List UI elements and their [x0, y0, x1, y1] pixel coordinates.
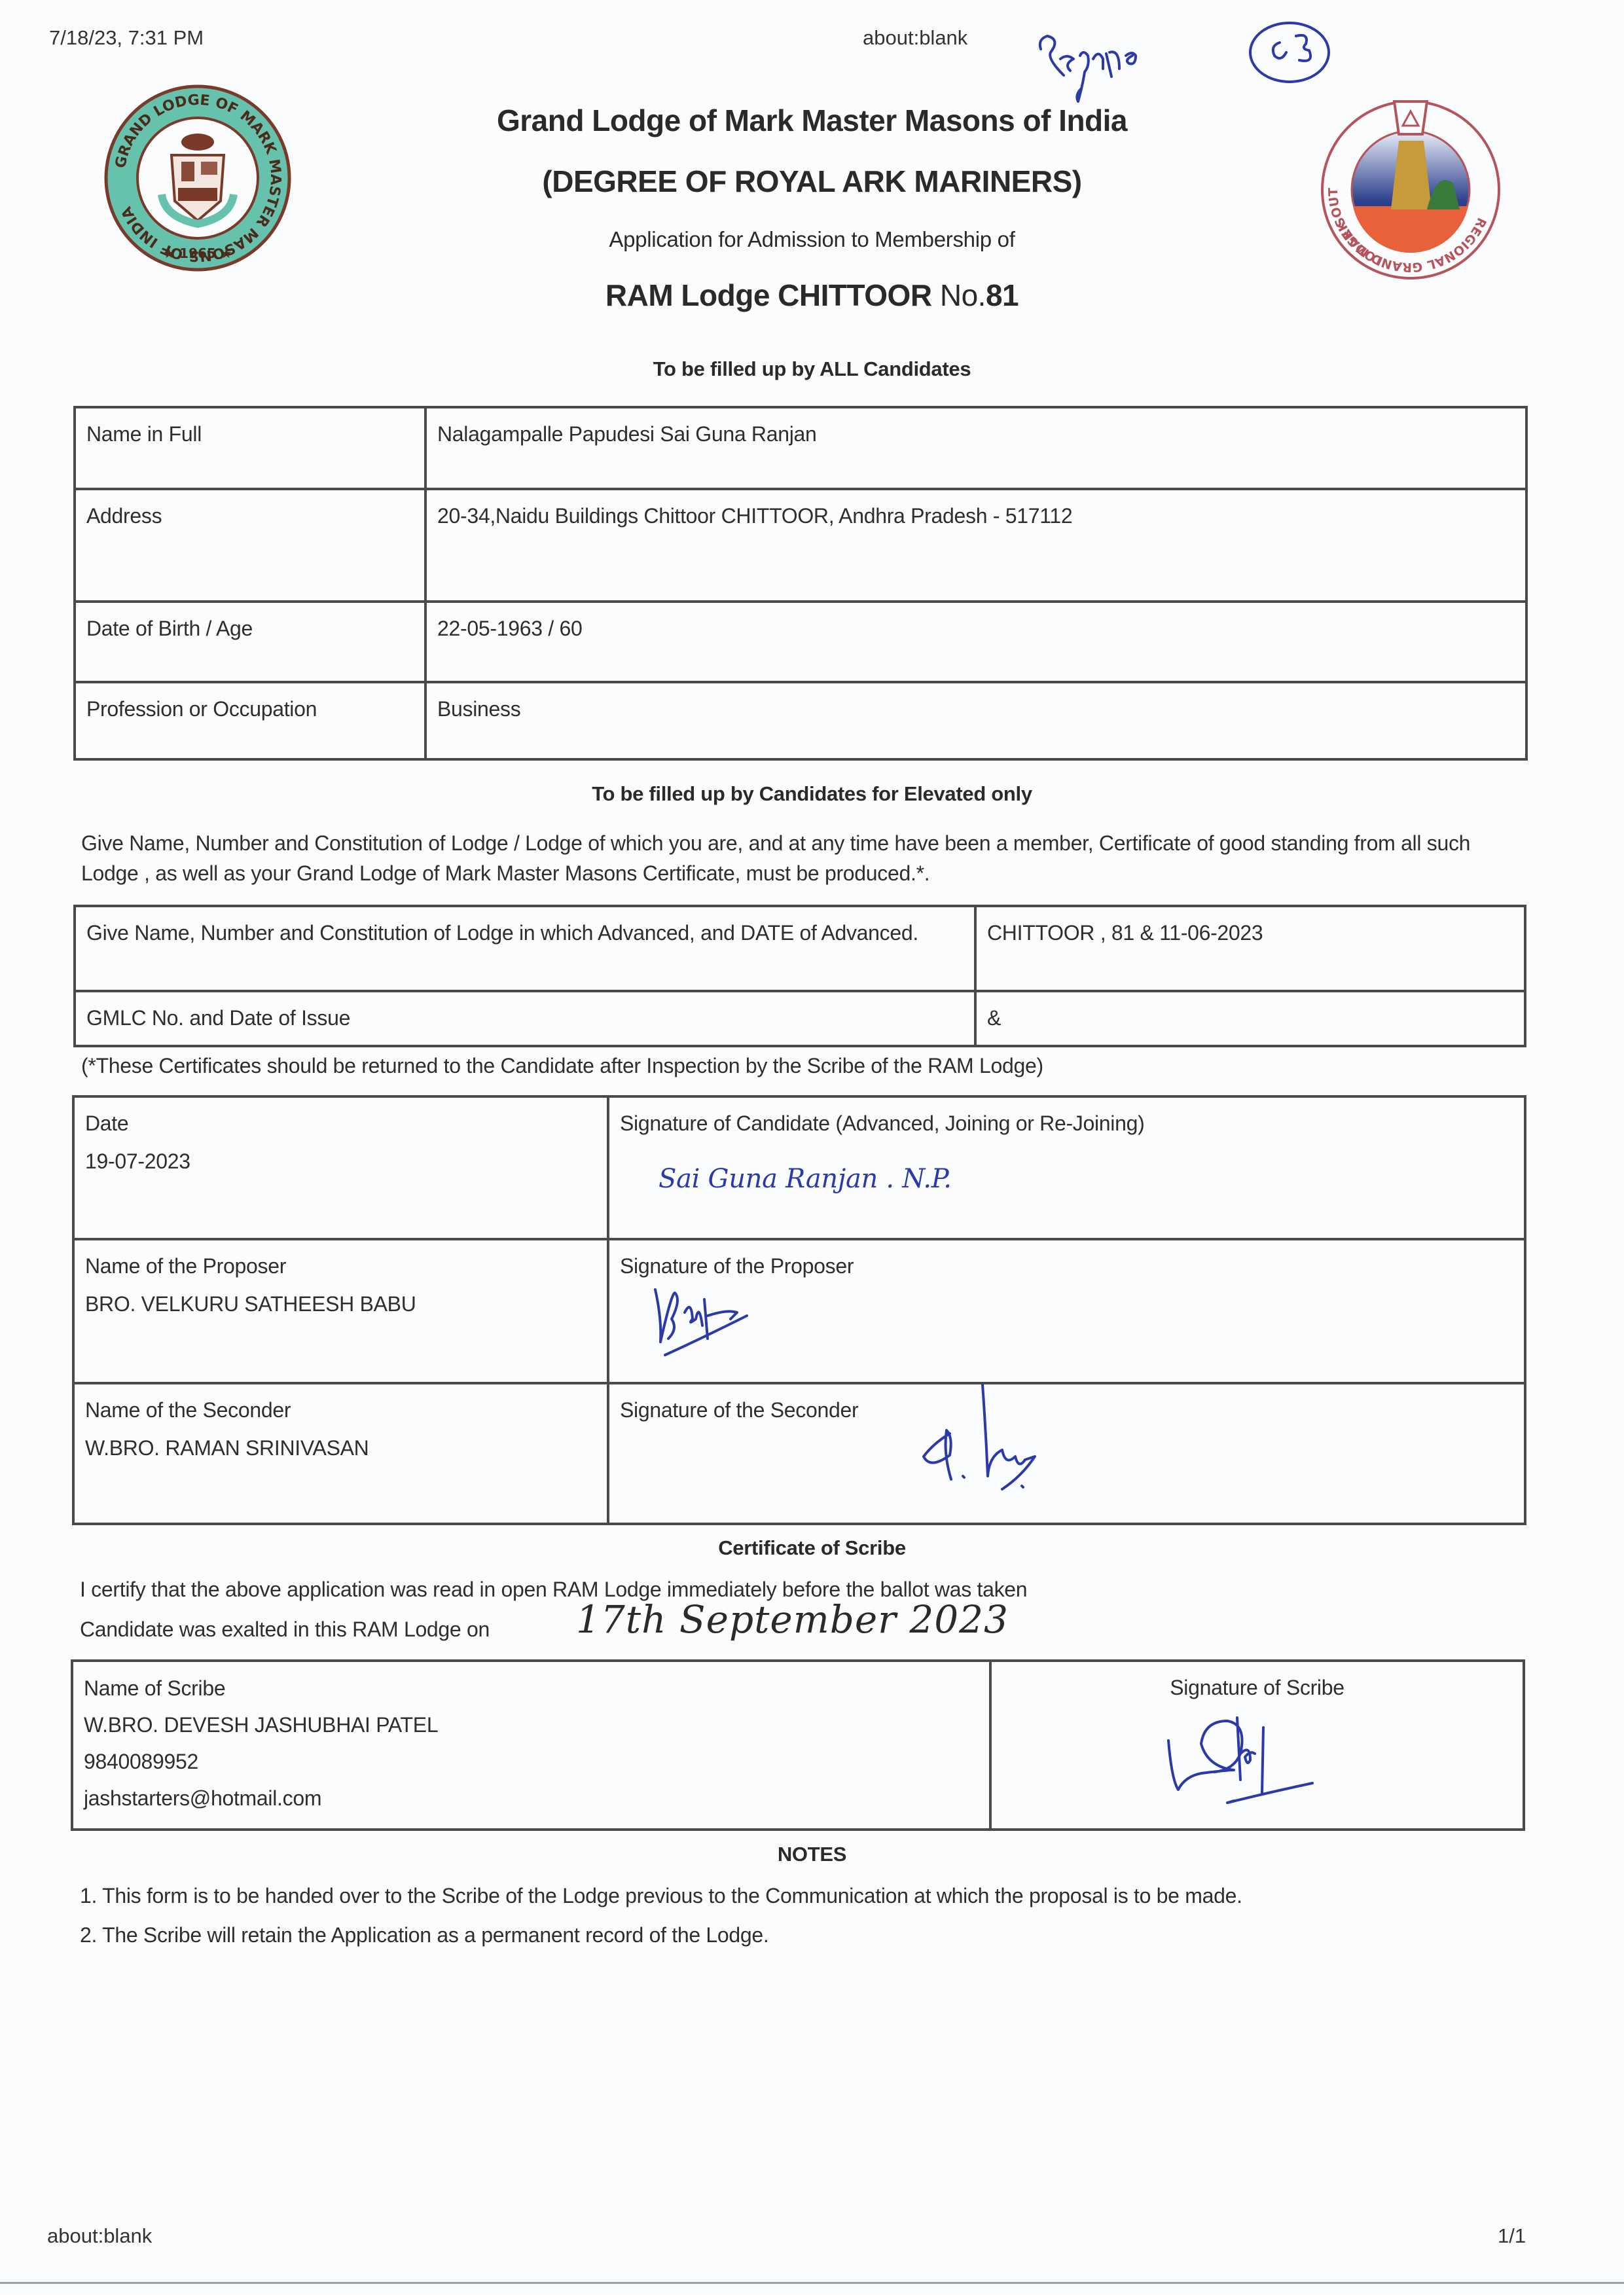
table-row: Name of Scribe W.BRO. DEVESH JASHUBHAI P… — [72, 1661, 1524, 1830]
print-timestamp: 7/18/23, 7:31 PM — [49, 26, 204, 50]
table-row: Name in Full Nalagampalle Papudesi Sai G… — [75, 407, 1526, 489]
section-elevated-heading: To be filled up by Candidates for Elevat… — [0, 782, 1624, 806]
scribe-name: W.BRO. DEVESH JASHUBHAI PATEL — [84, 1707, 979, 1743]
seconder-label: Name of the Seconder — [85, 1395, 596, 1425]
full-name-value: Nalagampalle Papudesi Sai Guna Ranjan — [425, 407, 1526, 489]
certificates-footnote: (*These Certificates should be returned … — [81, 1051, 1043, 1081]
degree-title: (DEGREE OF ROYAL ARK MARINERS) — [0, 164, 1624, 199]
signatures-table: Date 19-07-2023 Signature of Candidate (… — [72, 1095, 1526, 1525]
grand-lodge-title: Grand Lodge of Mark Master Masons of Ind… — [0, 103, 1624, 138]
print-url-footer: about:blank — [47, 2224, 152, 2248]
advanced-lodge-label: Give Name, Number and Constitution of Lo… — [86, 918, 964, 948]
scribe-signature — [1162, 1714, 1358, 1813]
scribe-phone: 9840089952 — [84, 1743, 979, 1780]
row-label: GMLC No. and Date of Issue — [75, 991, 975, 1046]
seconder-signature — [911, 1378, 1055, 1509]
dob-age-value: 22-05-1963 / 60 — [425, 602, 1526, 682]
proposer-signature — [649, 1280, 780, 1365]
lodge-name-title: RAM Lodge CHITTOOR No.81 — [0, 278, 1624, 313]
candidate-signature: Sai Guna Ranjan . N.P. — [659, 1160, 952, 1198]
advanced-lodge-value: CHITTOOR , 81 & 11-06-2023 — [975, 906, 1525, 991]
candidate-details-table: Name in Full Nalagampalle Papudesi Sai G… — [73, 406, 1528, 761]
row-label: Profession or Occupation — [75, 682, 425, 759]
seconder-name: W.BRO. RAMAN SRINIVASAN — [85, 1433, 596, 1463]
seconder-signature-label: Signature of the Seconder — [620, 1395, 1513, 1425]
proposer-cell: Name of the Proposer BRO. VELKURU SATHEE… — [73, 1239, 608, 1383]
table-row: Date 19-07-2023 Signature of Candidate (… — [73, 1096, 1525, 1239]
table-row: Give Name, Number and Constitution of Lo… — [75, 906, 1525, 991]
lodge-name: RAM Lodge CHITTOOR — [605, 278, 940, 312]
proposer-label: Name of the Proposer — [85, 1251, 596, 1281]
note-item: 1. This form is to be handed over to the… — [80, 1881, 1242, 1911]
scribe-signature-label: Signature of Scribe — [1002, 1672, 1512, 1703]
row-label: Name in Full — [75, 407, 425, 489]
application-subtitle: Application for Admission to Membership … — [0, 227, 1624, 252]
section-all-heading: To be filled up by ALL Candidates — [0, 357, 1624, 381]
profession-value: Business — [425, 682, 1526, 759]
scribe-details-cell: Name of Scribe W.BRO. DEVESH JASHUBHAI P… — [72, 1661, 990, 1830]
application-date: 19-07-2023 — [85, 1146, 596, 1176]
table-row: Address 20-34,Naidu Buildings Chittoor C… — [75, 489, 1526, 602]
exalted-date: 17th September 2023 — [576, 1597, 1009, 1642]
candidate-signature-cell: Signature of Candidate (Advanced, Joinin… — [608, 1096, 1525, 1239]
registration-number-annotation — [1028, 13, 1342, 111]
scribe-signature-cell: Signature of Scribe — [990, 1661, 1524, 1830]
seconder-cell: Name of the Seconder W.BRO. RAMAN SRINIV… — [73, 1383, 608, 1524]
certificate-heading: Certificate of Scribe — [0, 1536, 1624, 1560]
proposer-name: BRO. VELKURU SATHEESH BABU — [85, 1289, 596, 1319]
note-item: 2. The Scribe will retain the Applicatio… — [80, 1920, 769, 1950]
date-label: Date — [85, 1108, 596, 1138]
seconder-signature-cell: Signature of the Seconder — [608, 1383, 1525, 1524]
print-url-header: about:blank — [863, 26, 967, 50]
lodge-no-prefix: No. — [940, 278, 986, 312]
candidate-signature-label: Signature of Candidate (Advanced, Joinin… — [620, 1108, 1513, 1138]
proposer-signature-cell: Signature of the Proposer — [608, 1239, 1525, 1383]
scribe-label: Name of Scribe — [84, 1670, 979, 1707]
scribe-email[interactable]: jashstarters@hotmail.com — [84, 1780, 979, 1816]
scribe-table: Name of Scribe W.BRO. DEVESH JASHUBHAI P… — [71, 1659, 1525, 1831]
lodge-number: 81 — [986, 278, 1019, 312]
date-cell: Date 19-07-2023 — [73, 1096, 608, 1239]
table-row: GMLC No. and Date of Issue & — [75, 991, 1525, 1046]
gmlc-value: & — [975, 991, 1525, 1046]
row-label: Date of Birth / Age — [75, 602, 425, 682]
table-row: Profession or Occupation Business — [75, 682, 1526, 759]
elevated-instructions: Give Name, Number and Constitution of Lo… — [81, 828, 1521, 889]
row-label: Address — [75, 489, 425, 602]
notes-heading: NOTES — [0, 1843, 1624, 1866]
elevated-details-table: Give Name, Number and Constitution of Lo… — [73, 905, 1526, 1047]
address-value: 20-34,Naidu Buildings Chittoor CHITTOOR,… — [425, 489, 1526, 602]
table-row: Name of the Seconder W.BRO. RAMAN SRINIV… — [73, 1383, 1525, 1524]
proposer-signature-label: Signature of the Proposer — [620, 1251, 1513, 1281]
table-row: Name of the Proposer BRO. VELKURU SATHEE… — [73, 1239, 1525, 1383]
paper-edge-divider — [0, 2282, 1624, 2284]
row-label: Give Name, Number and Constitution of Lo… — [75, 906, 975, 991]
page-indicator: 1/1 — [1498, 2224, 1526, 2248]
table-row: Date of Birth / Age 22-05-1963 / 60 — [75, 602, 1526, 682]
exalted-label: Candidate was exalted in this RAM Lodge … — [80, 1614, 490, 1644]
